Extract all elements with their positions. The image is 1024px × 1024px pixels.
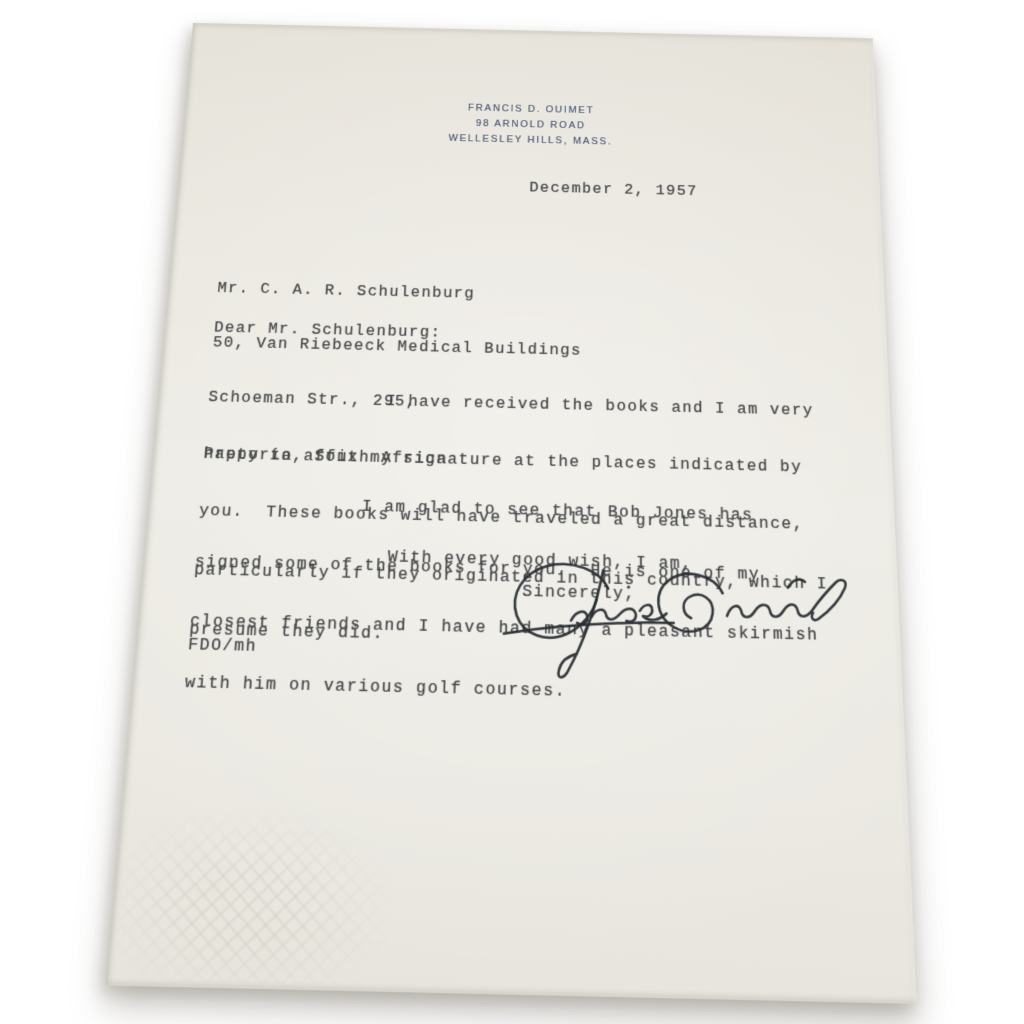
date-line: December 2, 1957 xyxy=(529,180,698,201)
recipient-name: Mr. C. A. R. Schulenburg xyxy=(217,280,583,306)
body-line: I have received the books and I am very xyxy=(208,389,823,422)
letterhead: FRANCIS D. OUIMET 98 ARNOLD ROAD WELLESL… xyxy=(182,94,878,156)
letter-sheet: FRANCIS D. OUIMET 98 ARNOLD ROAD WELLESL… xyxy=(105,23,917,1004)
body-line: I am glad to see that Bob Jones has xyxy=(199,494,815,527)
francis-ouimet-signature xyxy=(414,552,871,691)
typist-initials: FDO/mh xyxy=(187,636,257,658)
letter-photograph: FRANCIS D. OUIMET 98 ARNOLD ROAD WELLESL… xyxy=(0,0,1024,1024)
paper-watermark-pattern xyxy=(115,804,399,986)
